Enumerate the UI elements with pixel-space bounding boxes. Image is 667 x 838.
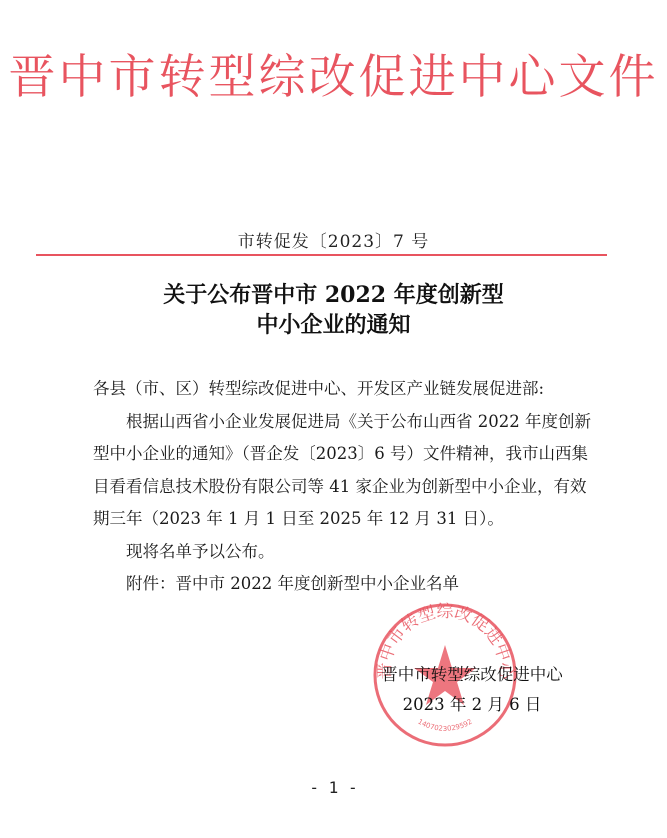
document-title: 关于公布晋中市 2022 年度创新型 中小企业的通知 <box>0 280 667 340</box>
signature-org: 晋中市转型综改促进中心 <box>352 660 592 690</box>
salutation: 各县（市、区）转型综改促进中心、开发区产业链发展促进部: <box>93 373 593 406</box>
page-number: - 1 - <box>0 778 667 797</box>
paragraph-main: 根据山西省小企业发展促进局《关于公布山西省 2022 年度创新型中小企业的通知》… <box>93 406 593 536</box>
document-body: 各县（市、区）转型综改促进中心、开发区产业链发展促进部: 根据山西省小企业发展促… <box>93 373 593 601</box>
red-divider-line <box>36 254 607 256</box>
signature-block: 晋中市转型综改促进中心 2023 年 2 月 6 日 <box>352 660 592 720</box>
attachment-note: 附件：晋中市 2022 年度创新型中小企业名单 <box>93 568 593 601</box>
document-number: 市转促发〔2023〕7 号 <box>0 227 667 252</box>
title-line-1: 关于公布晋中市 2022 年度创新型 <box>0 280 667 310</box>
signature-date: 2023 年 2 月 6 日 <box>352 690 592 720</box>
title-line-2: 中小企业的通知 <box>0 310 667 340</box>
document-masthead: 晋中市转型综改促进中心文件 <box>0 48 667 108</box>
paragraph-announce: 现将名单予以公布。 <box>93 536 593 569</box>
